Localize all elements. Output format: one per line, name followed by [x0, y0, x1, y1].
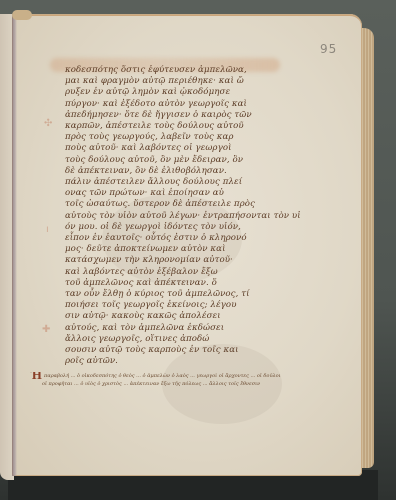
text-line: μαι καὶ φραγμὸν αὐτῷ περιέθηκε· καὶ ὤ — [65, 76, 305, 87]
text-line: κοδεσπότης ὅστις ἐφύτευσεν ἀμπελῶνα, — [65, 65, 305, 76]
text-line: εἶπον ἐν ἑαυτοῖς· οὗτός ἐστιν ὁ κληρονό — [65, 233, 305, 244]
text-line: ποιήσει τοῖς γεωργοῖς ἐκείνοις; λέγου — [65, 300, 305, 311]
text-line: πάλιν ἀπέστειλεν ἄλλους δούλους πλεί — [65, 177, 305, 188]
text-line: πύργον· καὶ ἐξέδοτο αὐτὸν γεωργοῖς καὶ — [65, 99, 305, 110]
margin-mark: ✣ — [44, 118, 52, 129]
text-line: ἄλλοις γεωργοῖς, οἵτινες ἀποδώ — [65, 334, 305, 345]
text-line: αὐτοὺς τὸν υἱὸν αὐτοῦ λέγων· ἐντραπήσοντ… — [65, 211, 305, 222]
commentary-line: Ἡπαραβολή ... ὁ οἰκοδεσπότης ὁ θεὸς ... … — [30, 372, 310, 380]
binding-thread — [12, 10, 32, 20]
margin-cross-icon: ✚ — [42, 324, 50, 335]
text-line: ρυξεν ἐν αὐτῷ λημὸν καὶ ᾠκοδόμησε — [65, 87, 305, 98]
gutter-fold — [12, 14, 17, 476]
margin-mark: ı — [46, 224, 49, 235]
text-line: δὲ ἀπέκτειναν, ὃν δὲ ἐλιθοβόλησαν. — [65, 166, 305, 177]
text-line: ταν οὖν ἔλθῃ ὁ κύριος τοῦ ἀμπελῶνος, τί — [65, 289, 305, 300]
text-line: πρὸς τοὺς γεωργούς, λαβεῖν τοὺς καρ — [65, 132, 305, 143]
text-line: τοὺς δούλους αὐτοῦ, ὃν μὲν ἔδειραν, ὃν — [65, 155, 305, 166]
text-line: αὐτούς, καὶ τὸν ἀμπελῶνα ἐκδώσει — [65, 323, 305, 334]
text-line: σουσιν αὐτῷ τοὺς καρποὺς ἐν τοῖς και — [65, 345, 305, 356]
text-line: καὶ λαβόντες αὐτὸν ἐξέβαλον ἔξω — [65, 267, 305, 278]
rubricated-initial: Ἡ — [30, 372, 42, 380]
text-line: ονας τῶν πρώτων· καὶ ἐποίησαν αὐ — [65, 188, 305, 199]
text-line: τοῦ ἀμπελῶνος καὶ ἀπέκτειναν. ὅ — [65, 278, 305, 289]
text-line: μος· δεῦτε ἀποκτείνωμεν αὐτὸν καὶ — [65, 244, 305, 255]
text-line: τοῖς ὡσαύτως. ὕστερον δὲ ἀπέστειλε πρὸς — [65, 199, 305, 210]
text-line: καρπῶν, ἀπέστειλε τοὺς δούλους αὐτοῦ — [65, 121, 305, 132]
text-line: ποὺς αὐτοῦ· καὶ λαβόντες οἱ γεωργοὶ — [65, 143, 305, 154]
text-line: ἀπεδήμησεν· ὅτε δὲ ἤγγισεν ὁ καιρὸς τῶν — [65, 110, 305, 121]
main-text-block: κοδεσπότης ὅστις ἐφύτευσεν ἀμπελῶνα, μαι… — [65, 65, 305, 367]
commentary-block: Ἡπαραβολή ... ὁ οἰκοδεσπότης ὁ θεὸς ... … — [30, 372, 310, 388]
text-line: ροῖς αὐτῶν. — [65, 356, 305, 367]
commentary-text: παραβολή ... ὁ οἰκοδεσπότης ὁ θεὸς ... ὁ… — [44, 373, 281, 379]
text-line: όν μου. οἱ δὲ γεωργοὶ ἰδόντες τὸν υἱόν, — [65, 222, 305, 233]
text-line: κατάσχωμεν τὴν κληρονομίαν αὐτοῦ· — [65, 255, 305, 266]
commentary-line: οἱ προφῆται ... ὁ υἱὸς ὁ χριστὸς ... ἀπέ… — [30, 380, 310, 388]
folio-number: 95 — [320, 42, 337, 56]
text-line: σιν αὐτῷ· κακοὺς κακῶς ἀπολέσει — [65, 311, 305, 322]
